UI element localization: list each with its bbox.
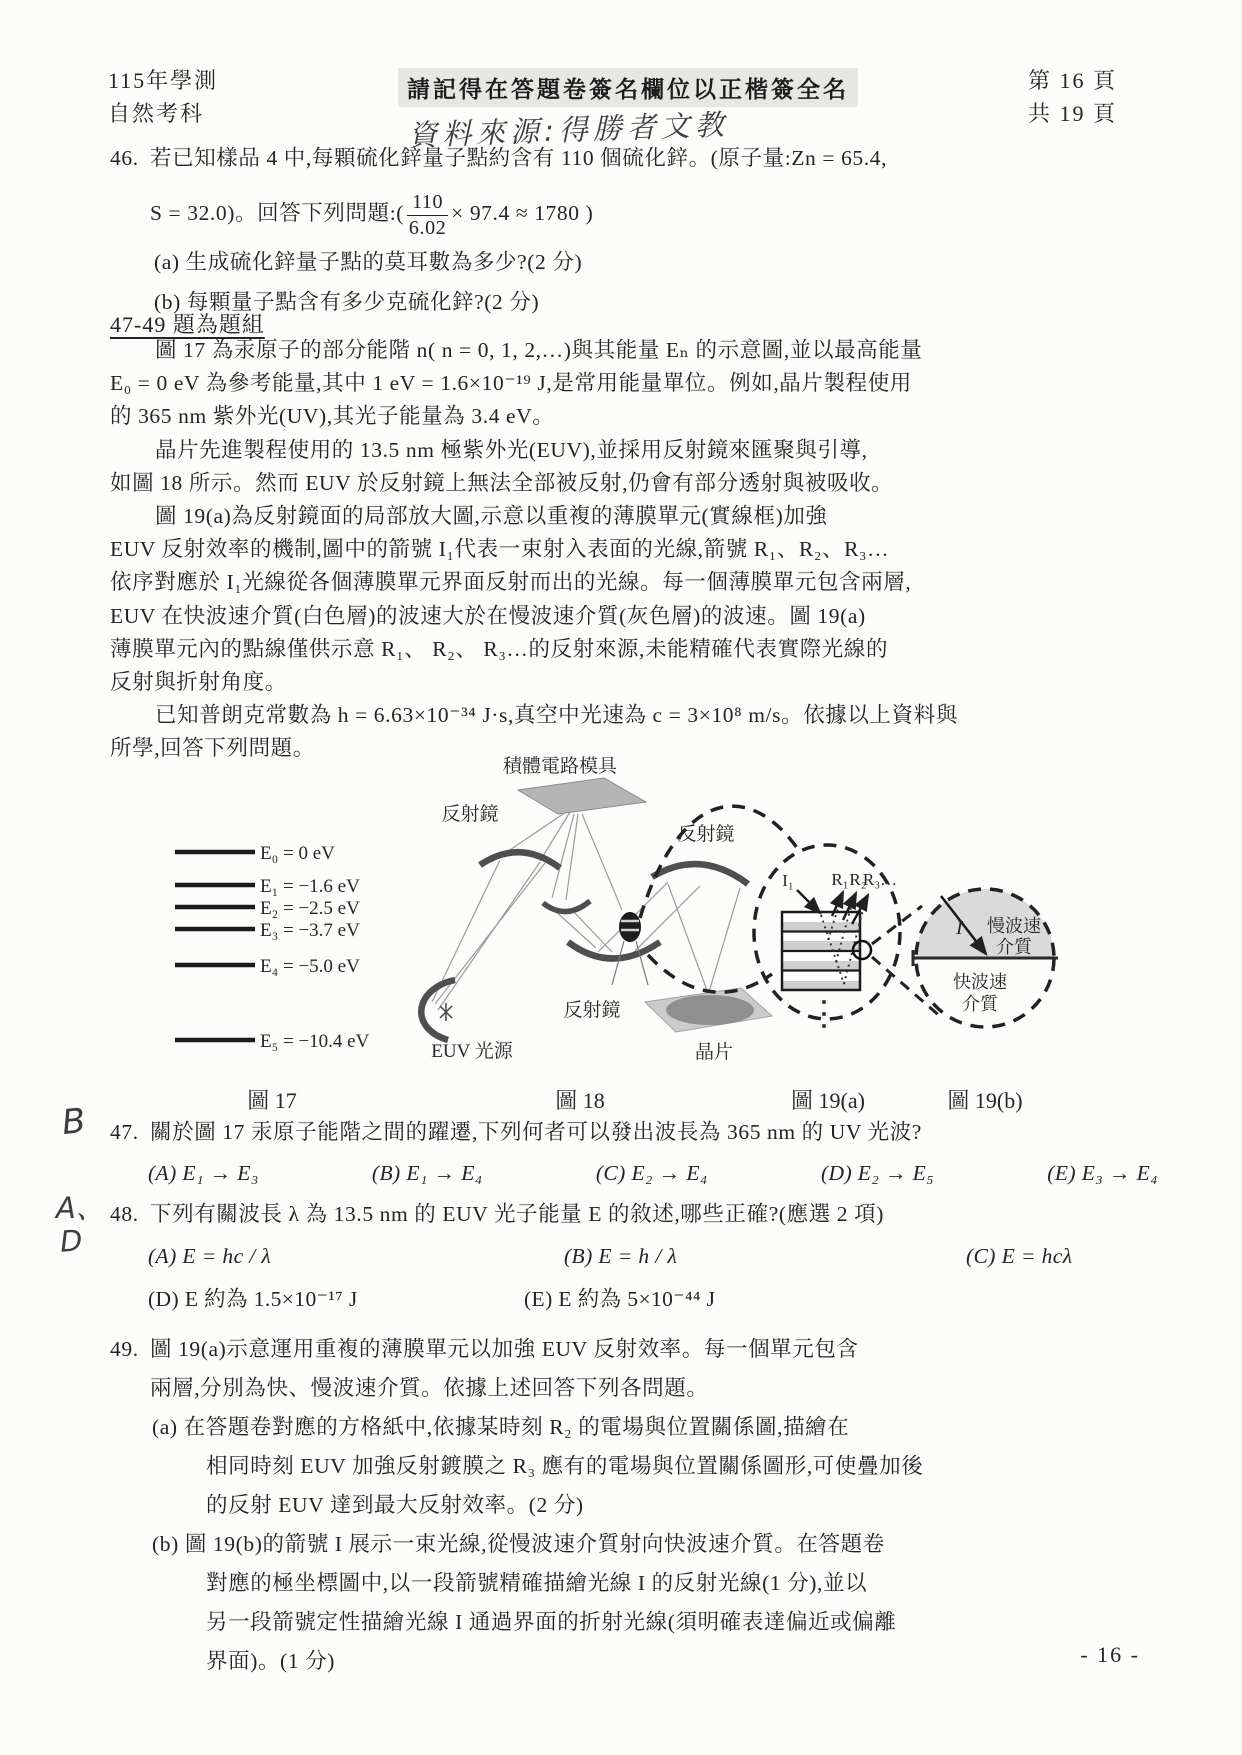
reflected-ray-label: R₃… — [863, 870, 897, 889]
option-a: (A) E₁ → E₃ — [148, 1161, 259, 1186]
handwritten-answer-48a: A、 — [56, 1186, 105, 1227]
slow-medium-label: 介質 — [996, 937, 1033, 957]
option-b: (B) E₁ → E₄ — [372, 1161, 483, 1186]
question-number: 47. — [110, 1116, 150, 1149]
incident-ray-arrow — [797, 890, 820, 913]
text-line: 47.關於圖 17 汞原子能階之間的躍遷,下列何者可以發出波長為 365 nm … — [110, 1116, 1150, 1149]
slow-medium-label: 慢波速 — [987, 916, 1041, 936]
fast-medium-label: 快波速 — [953, 972, 1007, 992]
option-d: (D) E₂ → E₅ — [821, 1161, 934, 1186]
figure-17-caption: 圖 17 — [247, 1088, 297, 1113]
question-number: 48. — [110, 1198, 150, 1231]
options-row: (A) E₁ → E₃ (B) E₁ → E₄ (C) E₂ → E₄ (D) … — [148, 1161, 1158, 1186]
euv-source-spark — [440, 1003, 452, 1021]
figure-19b-interface: I 慢波速 介質 快波速 介質 圖 19(b) — [912, 889, 1058, 1113]
figure-19a-multilayer: I₁ R₁ R₂ R₃… 圖 19(a) — [754, 845, 942, 1113]
text-line: 兩層,分別為快、慢波速介質。依據上述回答下列各問題。 — [110, 1369, 1150, 1408]
figure-19a-caption: 圖 19(a) — [791, 1088, 865, 1113]
question-49: 49.圖 19(a)示意運用重複的薄膜單元以加強 EUV 反射效率。每一個單元包… — [110, 1330, 1150, 1681]
fraction: 1106.02 — [407, 191, 448, 240]
wafer-label: 晶片 — [695, 1041, 733, 1063]
group-intro: 圖 17 為汞原子的部分能階 n( n = 0, 1, 2,…)與其能量 Eₙ … — [110, 334, 1150, 766]
option-c: (C) E₂ → E₄ — [596, 1161, 708, 1186]
header-page-info: 第 16 頁 共 19 頁 — [1028, 64, 1117, 130]
handwritten-answer-48b: D — [59, 1223, 84, 1258]
text-line: 46.若已知樣品 4 中,每顆硫化鋅量子點約含有 110 個硫化鋅。(原子量:Z… — [110, 142, 1145, 175]
text-line: 圖 19(a)為反射鏡面的局部放大圖,示意以重複的薄膜單元(實線框)加強 — [110, 500, 1150, 533]
exam-year: 115年學測 — [108, 64, 218, 97]
euv-source-label: EUV 光源 — [431, 1040, 513, 1062]
page-number-footer: - 16 - — [1040, 1642, 1140, 1668]
ray-label: I — [955, 917, 964, 939]
exam-page: 115年學測 自然考科 請記得在答題卷簽名欄位以正楷簽全名 資料來源:得勝者文教… — [0, 0, 1242, 1755]
ic-mold-label: 積體電路模具 — [503, 755, 618, 777]
text-line: 依序對應於 I₁光線從各個薄膜單元界面反射而出的光線。每一個薄膜單元包含兩層, — [110, 566, 1150, 599]
magnifier-connector — [872, 957, 942, 1018]
sub-item-a: (a) 生成硫化鋅量子點的莫耳數為多少?(2 分) — [110, 246, 1145, 279]
text-line: 圖 17 為汞原子的部分能階 n( n = 0, 1, 2,…)與其能量 Eₙ … — [110, 334, 1150, 367]
text-line: 薄膜單元內的點線僅供示意 R₁、 R₂、 R₃…的反射來源,未能精確代表實際光線… — [110, 633, 1150, 666]
ellipsis-dot — [822, 1000, 826, 1004]
text-line: E₀ = 0 eV 為參考能量,其中 1 eV = 1.6×10⁻¹⁹ J,是常… — [110, 367, 1150, 400]
ic-mold-plate — [518, 778, 646, 814]
option-e: (E) E₃ → E₄ — [1047, 1161, 1158, 1186]
mirror-arc-bottom — [568, 942, 660, 959]
handwritten-answer-47: B — [60, 1101, 87, 1143]
text-line: 已知普朗克常數為 h = 6.63×10⁻³⁴ J·s,真空中光速為 c = 3… — [110, 699, 1150, 732]
sub-item-b: (b) 圖 19(b)的箭號 I 展示一束光線,從慢波速介質射向快波速介質。在答… — [110, 1525, 1150, 1564]
text-line: 49.圖 19(a)示意運用重複的薄膜單元以加強 EUV 反射效率。每一個單元包… — [110, 1330, 1150, 1369]
question-46: 46.若已知樣品 4 中,每顆硫化鋅量子點約含有 110 個硫化鋅。(原子量:Z… — [110, 142, 1145, 319]
question-number: 46. — [110, 142, 150, 175]
figure-18-caption: 圖 18 — [555, 1088, 605, 1113]
question-48: 48.下列有關波長 λ 為 13.5 nm 的 EUV 光子能量 E 的敘述,哪… — [110, 1198, 1150, 1313]
incident-ray-label: I₁ — [782, 871, 794, 890]
option-e: (E) E 約為 5×10⁻⁴⁴ J — [524, 1287, 715, 1311]
text-line: 如圖 18 所示。然而 EUV 於反射鏡上無法全部被反射,仍會有部分透射與被吸收… — [110, 467, 1150, 500]
magnifier-connector — [872, 906, 922, 944]
text-line: 相同時刻 EUV 加強反射鍍膜之 R₃ 應有的電場與位置關係圖形,可使疊加後 — [110, 1447, 1150, 1486]
option-d: (D) E 約為 1.5×10⁻¹⁷ J — [148, 1282, 520, 1313]
mirror-arc-middle — [543, 901, 590, 912]
text-line: 界面)。(1 分) — [110, 1642, 1150, 1681]
options-row: (D) E 約為 1.5×10⁻¹⁷ J (E) E 約為 5×10⁻⁴⁴ J — [148, 1282, 1150, 1313]
question-number: 49. — [110, 1330, 150, 1369]
page-total: 共 19 頁 — [1028, 97, 1117, 130]
sub-item-a: (a) 在答題卷對應的方格紙中,依據某時刻 R₂ 的電場與位置關係圖,描繪在 — [110, 1408, 1150, 1447]
focus-ray — [612, 941, 624, 985]
text-line: 48.下列有關波長 λ 為 13.5 nm 的 EUV 光子能量 E 的敘述,哪… — [110, 1198, 1150, 1231]
text-line: 的 365 nm 紫外光(UV),其光子能量為 3.4 eV。 — [110, 400, 1150, 433]
mirror-label-bottom: 反射鏡 — [563, 999, 620, 1021]
text-line: 晶片先進製程使用的 13.5 nm 極紫外光(EUV),並採用反射鏡來匯聚與引導… — [110, 434, 1150, 467]
figure-17-energy-levels: E₀ = 0 eV E₁ = −1.6 eV E₂ = −2.5 eV E₃ =… — [175, 843, 370, 1113]
ellipsis-dot — [822, 1024, 826, 1028]
text-line: 反射與折射角度。 — [110, 666, 1150, 699]
option-b: (B) E = h / λ — [564, 1244, 962, 1269]
text-line: EUV 在快波速介質(白色層)的波速大於在慢波速介質(灰色層)的波速。圖 19(… — [110, 600, 1150, 633]
energy-level-label: E₄ = −5.0 eV — [260, 956, 360, 977]
text-line: 另一段箭號定性描繪光線 I 通過界面的折射光線(須明確表達偏近或偏離 — [110, 1603, 1150, 1642]
mirror-label-right: 反射鏡 — [677, 823, 734, 845]
sub-item-b: (b) 每顆量子點含有多少克硫化鋅?(2 分) — [110, 286, 1145, 319]
question-47: 47.關於圖 17 汞原子能階之間的躍遷,下列何者可以發出波長為 365 nm … — [110, 1116, 1150, 1186]
energy-level-label: E₀ = 0 eV — [260, 843, 335, 864]
figures-strip: E₀ = 0 eV E₁ = −1.6 eV E₂ = −2.5 eV E₃ =… — [150, 748, 1140, 1120]
option-c: (C) E = hcλ — [966, 1244, 1072, 1268]
energy-level-label: E₃ = −3.7 eV — [260, 920, 360, 941]
energy-level-label: E₂ = −2.5 eV — [260, 898, 360, 919]
energy-level-label: E₁ = −1.6 eV — [260, 876, 360, 897]
energy-level-label: E₅ = −10.4 eV — [260, 1031, 370, 1052]
figure-19b-caption: 圖 19(b) — [947, 1088, 1022, 1113]
wafer-disc — [666, 995, 754, 1025]
text-line: 對應的極坐標圖中,以一段箭號精確描繪光線 I 的反射光線(1 分),並以 — [110, 1564, 1150, 1603]
text-line: EUV 反射效率的機制,圖中的箭號 I₁代表一束射入表面的光線,箭號 R₁、R₂… — [110, 533, 1150, 566]
exam-subject: 自然考科 — [108, 97, 218, 130]
intermediate-focus — [619, 912, 641, 942]
signature-notice: 請記得在答題卷簽名欄位以正楷簽全名 — [398, 68, 858, 107]
page-current: 第 16 頁 — [1028, 64, 1117, 97]
mirror-arc-right — [652, 864, 748, 884]
fast-medium-label: 介質 — [962, 994, 999, 1014]
reflected-ray-label: R₁ — [831, 870, 848, 889]
ellipsis-dot — [822, 1012, 826, 1016]
option-a: (A) E = hc / λ — [148, 1244, 560, 1269]
options-row: (A) E = hc / λ (B) E = h / λ (C) E = hcλ — [148, 1244, 1150, 1269]
text-line: S = 32.0)。回答下列問題:(1106.02× 97.4 ≈ 1780 ) — [110, 187, 1145, 240]
header-exam-title: 115年學測 自然考科 — [108, 64, 218, 130]
thin-film-stack — [782, 912, 860, 990]
text-line: 的反射 EUV 達到最大反射效率。(2 分) — [110, 1486, 1150, 1525]
mirror-arc-left — [480, 852, 560, 868]
magnifier-connector — [640, 806, 800, 918]
figure-18-euv-system: 積體電路模具 — [421, 755, 800, 1113]
mirror-label-left: 反射鏡 — [441, 803, 498, 825]
